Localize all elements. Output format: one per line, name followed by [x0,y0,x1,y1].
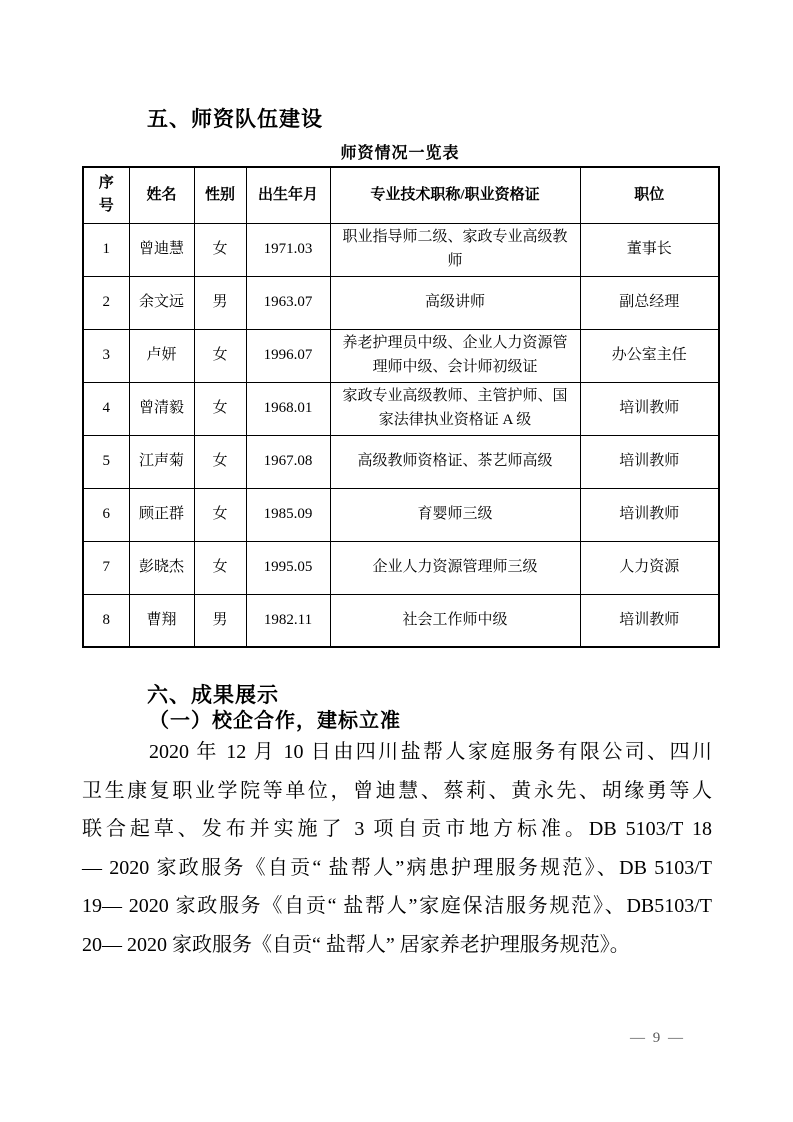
table-cell: 女 [194,488,246,541]
document-page: 五、师资队伍建设 师资情况一览表 序号 姓名 性别 出生年月 专业技术职称/职业… [0,0,793,1122]
table-cell: 男 [194,594,246,647]
table-cell: 曾迪慧 [129,223,194,276]
table-cell: 职业指导师二级、家政专业高级教师 [330,223,580,276]
table-cell: 培训教师 [580,488,719,541]
table-header-cell: 序号 [83,167,129,223]
table-row: 8 曹翔 男 1982.11 社会工作师中级 培训教师 [83,594,719,647]
table-cell: 顾正群 [129,488,194,541]
table-cell: 培训教师 [580,382,719,435]
table-row: 3 卢妍 女 1996.07 养老护理员中级、企业人力资源管理师中级、会计师初级… [83,329,719,382]
table-cell: 高级教师资格证、茶艺师高级 [330,435,580,488]
table-cell: 女 [194,435,246,488]
table-cell: 余文远 [129,276,194,329]
table-header-cell: 专业技术职称/职业资格证 [330,167,580,223]
table-cell: 1995.05 [246,541,330,594]
table-header-row: 序号 姓名 性别 出生年月 专业技术职称/职业资格证 职位 [83,167,719,223]
table-cell: 4 [83,382,129,435]
table-row: 5 江声菊 女 1967.08 高级教师资格证、茶艺师高级 培训教师 [83,435,719,488]
table-cell: 曾清毅 [129,382,194,435]
table-cell: 8 [83,594,129,647]
table-cell: 养老护理员中级、企业人力资源管理师中级、会计师初级证 [330,329,580,382]
table-cell: 曹翔 [129,594,194,647]
section5-heading: 五、师资队伍建设 [147,103,323,133]
paragraph-line: 卫生康复职业学院等单位，曾迪慧、蔡莉、黄永先、胡缘勇等人 [82,772,712,811]
page-number: — 9 — [630,1030,685,1047]
table-cell: 女 [194,329,246,382]
paragraph-line: 19— 2020 家政服务《自贡“ 盐帮人”家庭保洁服务规范》、DB5103/T [82,887,712,926]
table-cell: 办公室主任 [580,329,719,382]
table-cell: 家政专业高级教师、主管护师、国家法律执业资格证 A 级 [330,382,580,435]
table-cell: 人力资源 [580,541,719,594]
table-cell: 育婴师三级 [330,488,580,541]
table-row: 4 曾清毅 女 1968.01 家政专业高级教师、主管护师、国家法律执业资格证 … [83,382,719,435]
paragraph-line: 20— 2020 家政服务《自贡“ 盐帮人” 居家养老护理服务规范》。 [82,926,712,965]
table-cell: 卢妍 [129,329,194,382]
table-cell: 董事长 [580,223,719,276]
table-cell: 男 [194,276,246,329]
table-cell: 培训教师 [580,435,719,488]
paragraph-line: 2020 年 12 月 10 日由四川盐帮人家庭服务有限公司、四川 [82,733,712,772]
table-cell: 1963.07 [246,276,330,329]
table-cell: 江声菊 [129,435,194,488]
paragraph-line: — 2020 家政服务《自贡“ 盐帮人”病患护理服务规范》、DB 5103/T [82,849,712,888]
table-cell: 1982.11 [246,594,330,647]
table-cell: 女 [194,541,246,594]
subsection-heading: （一）校企合作，建标立准 [149,704,401,733]
table-cell: 培训教师 [580,594,719,647]
table-cell: 女 [194,382,246,435]
table-cell: 高级讲师 [330,276,580,329]
table-cell: 1996.07 [246,329,330,382]
table-cell: 2 [83,276,129,329]
table-cell: 1971.03 [246,223,330,276]
table-header-cell: 出生年月 [246,167,330,223]
table-cell: 1967.08 [246,435,330,488]
table-row: 1 曾迪慧 女 1971.03 职业指导师二级、家政专业高级教师 董事长 [83,223,719,276]
teacher-roster-table: 序号 姓名 性别 出生年月 专业技术职称/职业资格证 职位 1 曾迪慧 女 19… [82,166,720,648]
table-cell: 社会工作师中级 [330,594,580,647]
table-row: 7 彭晓杰 女 1995.05 企业人力资源管理师三级 人力资源 [83,541,719,594]
table-row: 2 余文远 男 1963.07 高级讲师 副总经理 [83,276,719,329]
table-cell: 副总经理 [580,276,719,329]
table-cell: 女 [194,223,246,276]
table-cell: 1968.01 [246,382,330,435]
table-title: 师资情况一览表 [82,140,718,163]
body-paragraph: 2020 年 12 月 10 日由四川盐帮人家庭服务有限公司、四川 卫生康复职业… [82,733,712,964]
table-cell: 3 [83,329,129,382]
table-cell: 彭晓杰 [129,541,194,594]
table-header-cell: 职位 [580,167,719,223]
table-header-cell: 姓名 [129,167,194,223]
table-cell: 企业人力资源管理师三级 [330,541,580,594]
table-cell: 7 [83,541,129,594]
paragraph-line: 联合起草、发布并实施了 3 项自贡市地方标准。DB 5103/T 18 [82,810,712,849]
table-cell: 6 [83,488,129,541]
table-cell: 5 [83,435,129,488]
table-cell: 1985.09 [246,488,330,541]
table-row: 6 顾正群 女 1985.09 育婴师三级 培训教师 [83,488,719,541]
table-cell: 1 [83,223,129,276]
table-header-cell: 性别 [194,167,246,223]
